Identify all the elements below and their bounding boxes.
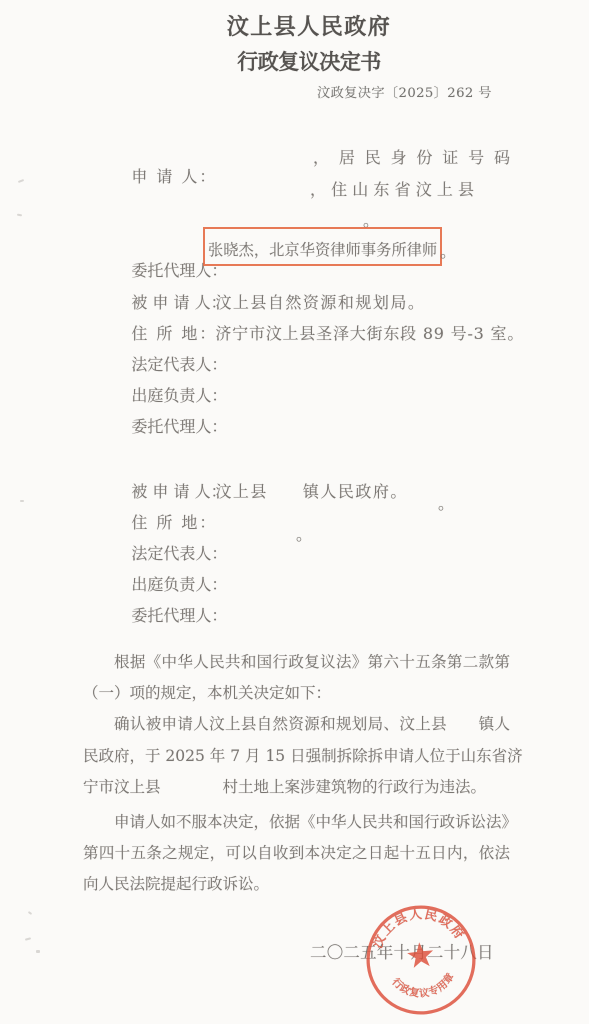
- seal-bottom-text: 行政复议专用章: [389, 969, 459, 1003]
- body-line: 民政府，于 2025 年 7 月 15 日强制拆除拆申请人位于山东省济: [83, 741, 510, 772]
- official-seal: 汶上县人民政府 行政复议专用章: [355, 894, 487, 1024]
- body-line: （一）项的规定，本机关决定如下：: [83, 678, 510, 709]
- scan-artifact: [17, 214, 22, 217]
- document-title-authority: 汶上县人民政府: [227, 10, 392, 41]
- body-line: 根据《中华人民共和国行政复议法》第六十五条第二款第: [83, 647, 510, 678]
- scan-artifact: [18, 179, 24, 183]
- scan-artifact: [20, 500, 24, 502]
- star-icon: [406, 941, 434, 968]
- body-line: 确认被申请人汶上县自然资源和规划局、汶上县 镇人: [83, 709, 510, 740]
- body-line: 向人民法院提起行政诉讼。: [83, 869, 510, 900]
- applicant-row: 申 请 人：: [111, 145, 215, 206]
- applicant-address-line: ，住山东省汶上县: [310, 177, 474, 200]
- body-line: 申请人如不服本决定，依据《中华人民共和国行政诉讼法》: [83, 807, 510, 838]
- scan-artifact: [36, 950, 40, 953]
- scan-artifact: [28, 911, 32, 915]
- document-number: 汶政复决字〔2025〕262 号: [317, 82, 492, 101]
- administrative-reconsideration-decision-document: 汶上县人民政府 行政复议决定书 汶政复决字〔2025〕262 号 申 请 人： …: [0, 0, 589, 1024]
- respondent2-address-period: 。: [438, 491, 454, 514]
- svg-text:行政复议专用章: 行政复议专用章: [389, 969, 459, 1003]
- respondent2-agent-row: 委托代理人：: [111, 584, 215, 645]
- applicant-label: 申 请 人：: [131, 164, 215, 187]
- respondent1-agent-row: 委托代理人：: [111, 395, 215, 456]
- decision-body: 根据《中华人民共和国行政复议法》第六十五条第二款第 （一）项的规定，本机关决定如…: [83, 647, 510, 901]
- applicant-agent-value: 张晓杰，北京华资律师事务所律师: [208, 239, 437, 260]
- body-line: 第四十五条之规定，可以自收到本决定之日起十五日内，依法: [83, 838, 510, 869]
- respondent1-agent-label: 委托代理人：: [131, 414, 215, 437]
- seal-ring-text: 汶上县人民政府: [366, 902, 469, 952]
- applicant-agent-period: 。: [440, 239, 456, 262]
- document-title-type: 行政复议决定书: [237, 46, 381, 76]
- respondent2-agent-label: 委托代理人：: [131, 603, 215, 626]
- body-line: 宁市汶上县 村土地上案涉建筑物的行政行为违法。: [83, 772, 510, 803]
- svg-text:汶上县人民政府: 汶上县人民政府: [366, 902, 469, 952]
- respondent1-address-value: 济宁市汶上县圣泽大街东段 89 号-3 室。: [215, 324, 524, 343]
- respondent2-legal-rep-period: 。: [296, 522, 312, 545]
- respondent2-name-value: 汶上县 镇人民政府。: [215, 482, 408, 501]
- applicant-id-note: ，居民身份证号码: [313, 145, 510, 168]
- scan-artifact: [25, 937, 31, 940]
